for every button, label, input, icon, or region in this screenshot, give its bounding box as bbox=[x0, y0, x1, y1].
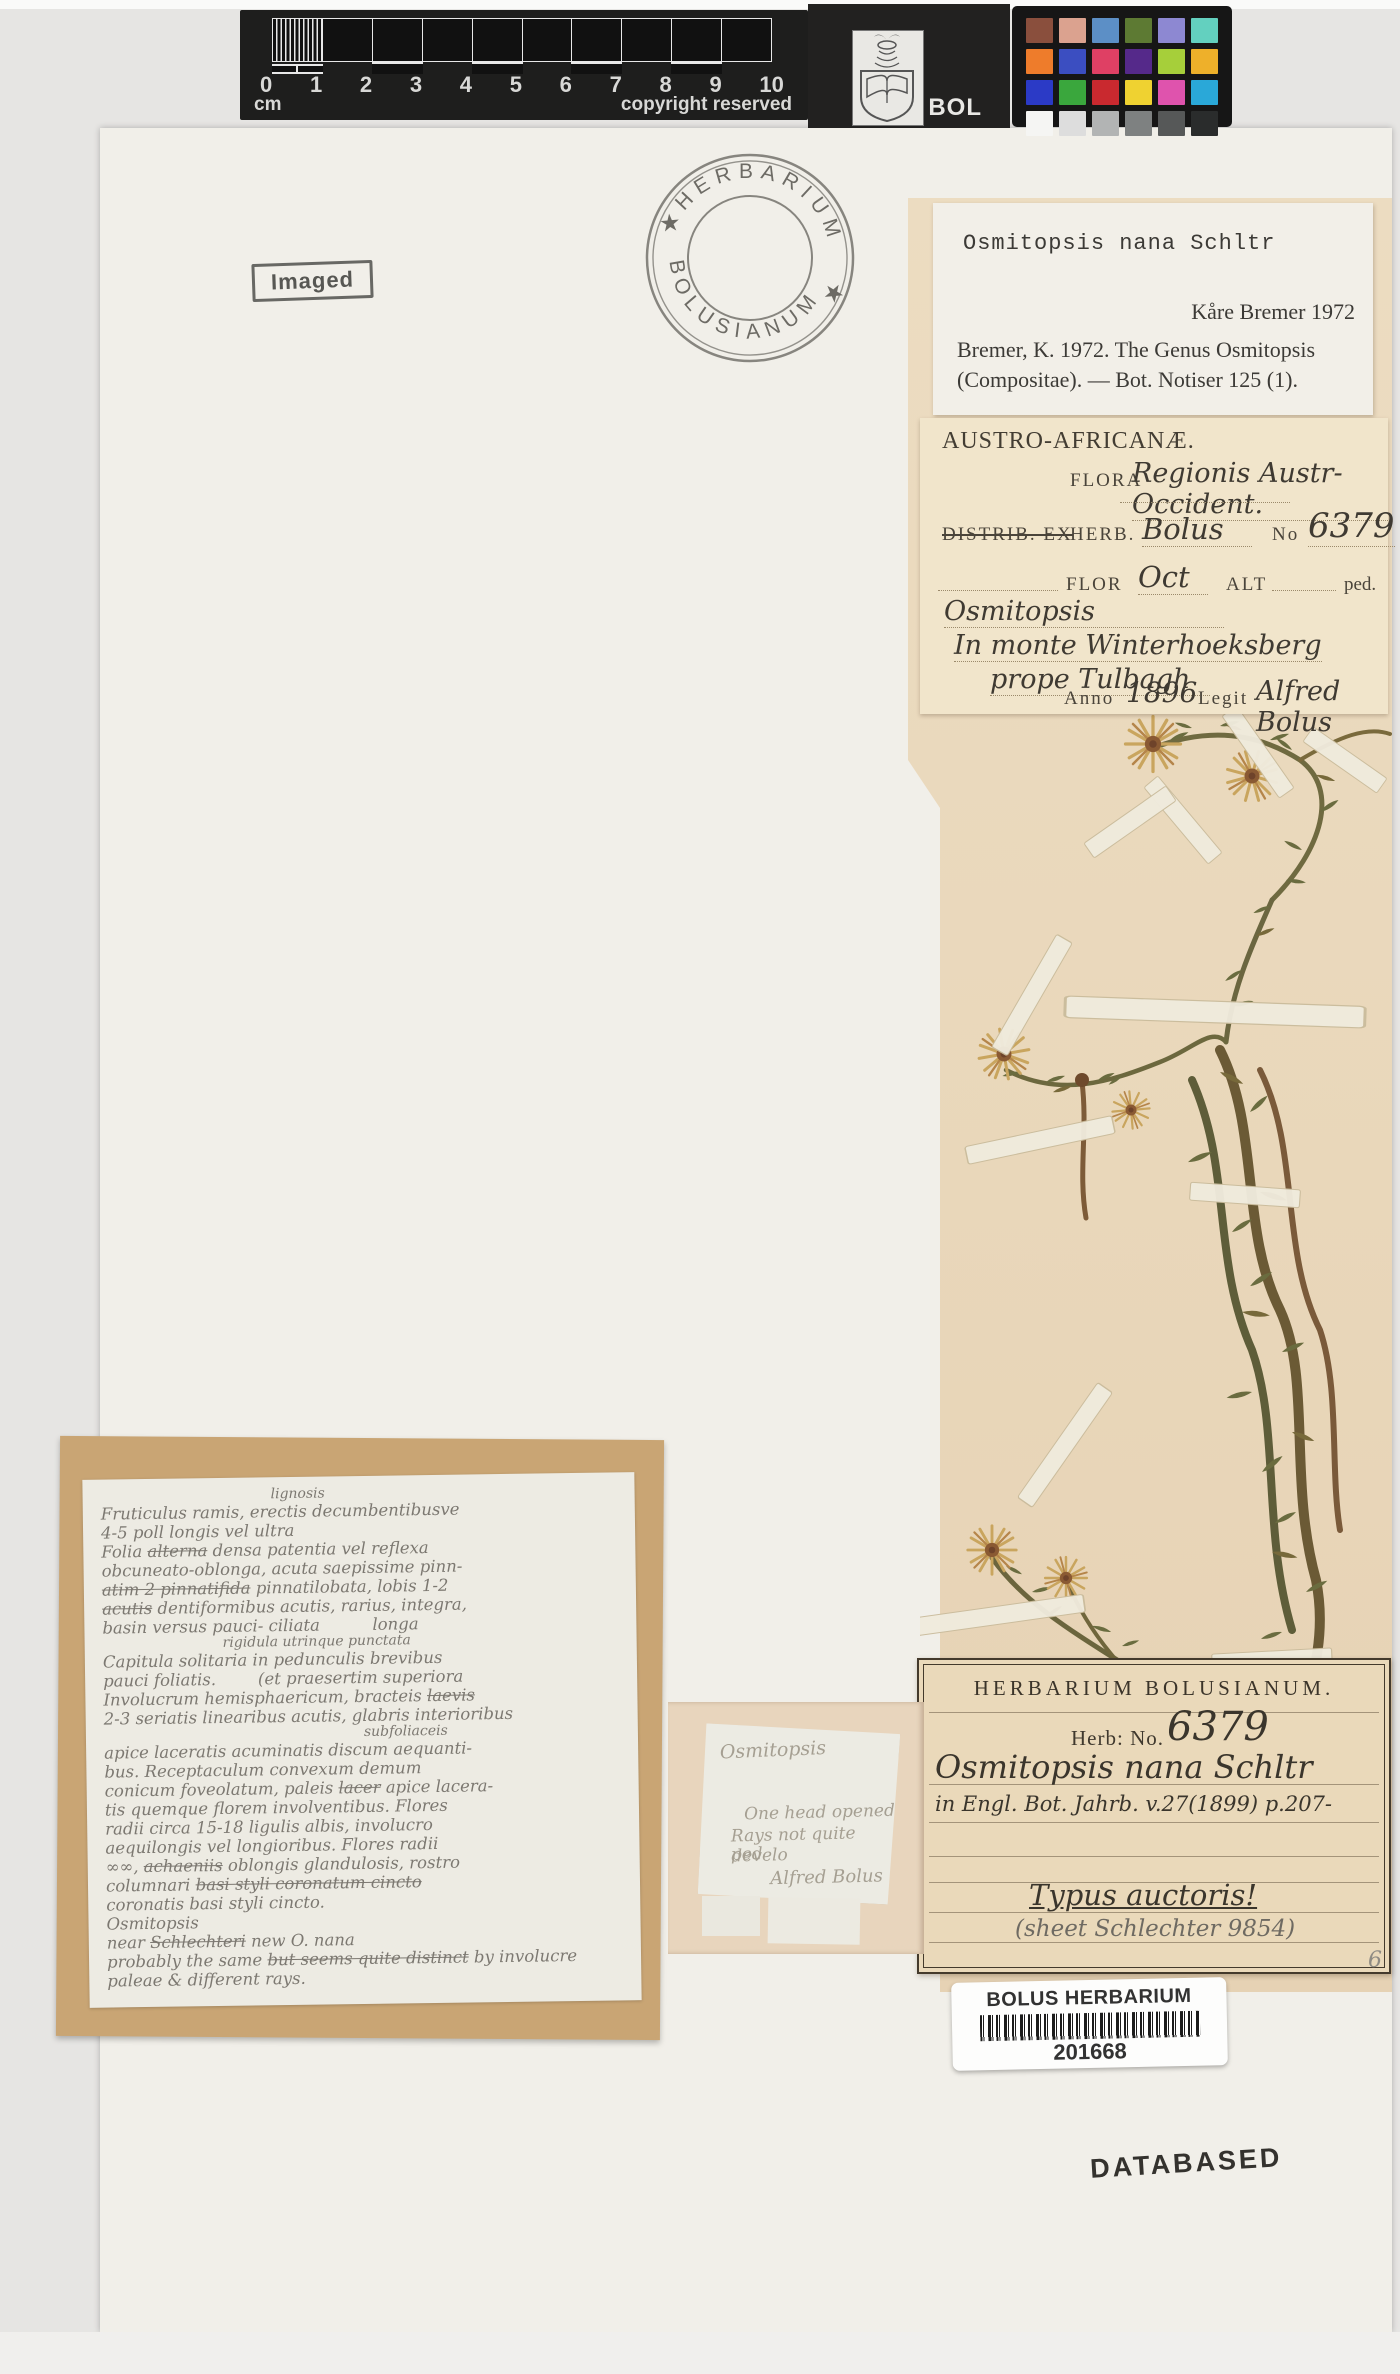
color-swatch bbox=[1158, 49, 1185, 74]
legit-caption: Legit bbox=[1198, 688, 1248, 710]
color-swatch bbox=[1125, 80, 1152, 105]
distrib-caption: DISTRIB. EX bbox=[942, 524, 1073, 546]
scale-number: 6 bbox=[560, 72, 572, 98]
scale-bar-cells bbox=[272, 18, 772, 62]
scale-cm-cell bbox=[422, 18, 472, 62]
determiner: Kåre Bremer 1972 bbox=[1191, 299, 1355, 325]
packet-signature: Alfred Bolus bbox=[770, 1865, 883, 1889]
alt-caption: ALT bbox=[1226, 574, 1267, 596]
scale-number: 1 bbox=[310, 72, 322, 98]
color-swatch bbox=[1026, 111, 1053, 136]
rule bbox=[1272, 590, 1336, 591]
rule bbox=[1120, 502, 1290, 503]
scale-cm-cell bbox=[571, 18, 621, 62]
rule bbox=[929, 1942, 1379, 1943]
rule bbox=[938, 590, 1058, 591]
scale-bar: 012345678910 cm copyright reserved bbox=[240, 10, 808, 120]
scale-cm-cell bbox=[372, 18, 422, 62]
scale-bar-unit: cm bbox=[254, 94, 281, 116]
svg-text:BOLUSIANUM: BOLUSIANUM bbox=[650, 253, 827, 360]
scale-cm-cell bbox=[721, 18, 772, 62]
determination-label: Osmitopsis nana Schltr Kåre Bremer 1972 … bbox=[933, 203, 1373, 415]
rule bbox=[929, 1712, 1379, 1713]
specimen-packet: Osmitopsis One head opened Rays not quit… bbox=[698, 1723, 901, 1904]
imaged-stamp: Imaged bbox=[251, 260, 373, 302]
color-swatch bbox=[1059, 80, 1086, 105]
scale-number: 4 bbox=[460, 72, 472, 98]
color-swatch bbox=[1059, 111, 1086, 136]
reference-line1: Bremer, K. 1972. The Genus Osmitopsis bbox=[957, 337, 1315, 363]
color-swatch bbox=[1125, 18, 1152, 43]
taxon-handwritten: Osmitopsis nana Schltr bbox=[935, 1748, 1312, 1786]
flor-caption: FLOR bbox=[1066, 574, 1123, 596]
ped-caption: ped. bbox=[1344, 574, 1376, 596]
note-text: lignosisFruticulus ramis, erectis decumb… bbox=[100, 1482, 631, 1990]
packet-genus: Osmitopsis bbox=[719, 1737, 826, 1763]
scale-cm-cell bbox=[472, 18, 522, 62]
sheet-annotation: (sheet Schlechter 9854) bbox=[1015, 1916, 1295, 1942]
type-annotation: Typus auctoris! bbox=[1029, 1878, 1257, 1912]
institution-name: BOLUS HERBARIUM bbox=[951, 1984, 1226, 2013]
color-swatch bbox=[1125, 111, 1152, 136]
scale-cm-cell bbox=[272, 18, 322, 62]
color-swatch bbox=[1059, 18, 1086, 43]
color-checker-card bbox=[1012, 6, 1232, 127]
copyright-text: copyright reserved bbox=[621, 94, 792, 116]
scale-cm-cell bbox=[522, 18, 572, 62]
locality-line1: In monte Winterhoeksberg bbox=[954, 630, 1322, 662]
genus-handwritten: Osmitopsis bbox=[944, 596, 1224, 628]
citation-handwritten: in Engl. Bot. Jahrb. v.27(1899) p.207- bbox=[935, 1792, 1332, 1816]
color-swatch bbox=[1191, 49, 1218, 74]
handwritten-note-card: lignosisFruticulus ramis, erectis decumb… bbox=[82, 1472, 641, 2008]
herb-value: Bolus bbox=[1142, 512, 1252, 547]
packet-fold bbox=[702, 1896, 760, 1936]
institution-panel: BOL bbox=[808, 4, 1010, 128]
scale-cm-cell bbox=[621, 18, 671, 62]
rule bbox=[929, 1912, 1379, 1913]
color-swatch bbox=[1158, 80, 1185, 105]
packet-note1: One head opened bbox=[744, 1801, 895, 1825]
color-swatch bbox=[1026, 18, 1053, 43]
color-swatch bbox=[1092, 18, 1119, 43]
taxon-name-typed: Osmitopsis nana Schltr bbox=[963, 231, 1275, 256]
scale-number: 3 bbox=[410, 72, 422, 98]
color-swatch bbox=[1158, 111, 1185, 136]
color-swatch bbox=[1092, 80, 1119, 105]
color-swatch bbox=[1125, 49, 1152, 74]
barcode-label: BOLUS HERBARIUM 201668 bbox=[951, 1977, 1228, 2071]
herb-no-value: 6379 bbox=[1167, 1704, 1269, 1750]
packet-note3: ped bbox=[731, 1844, 763, 1865]
color-swatch bbox=[1158, 18, 1185, 43]
packet-fold bbox=[768, 1897, 861, 1945]
color-swatch bbox=[1092, 49, 1119, 74]
pencil-number: 6 bbox=[1368, 1948, 1382, 1973]
color-swatch bbox=[1191, 18, 1218, 43]
stamp-star-left: ★ bbox=[658, 209, 682, 238]
no-caption: No bbox=[1272, 524, 1299, 546]
color-swatch bbox=[1026, 80, 1053, 105]
color-swatch bbox=[1026, 49, 1053, 74]
collection-number: 6379 bbox=[1308, 506, 1395, 547]
color-swatch bbox=[1059, 49, 1086, 74]
herbarium-label: HERBARIUM BOLUSIANUM. Herb: No. 6379 Osm… bbox=[917, 1658, 1391, 1974]
color-swatch bbox=[1191, 111, 1218, 136]
stamp-bottom-text: BOLUSIANUM bbox=[650, 253, 827, 360]
scale-number: 5 bbox=[510, 72, 522, 98]
uct-crest-icon bbox=[852, 30, 924, 126]
scan-edge-bottom bbox=[0, 2332, 1400, 2374]
anno-value: 1896 bbox=[1126, 676, 1197, 709]
scale-cm-cell bbox=[322, 18, 372, 62]
rule bbox=[929, 1822, 1379, 1823]
flor-value: Oct bbox=[1138, 560, 1208, 595]
label-title: AUSTRO-AFRICANÆ. bbox=[942, 428, 1195, 455]
herbarium-sheet-scan: 012345678910 cm copyright reserved BOL I… bbox=[0, 0, 1400, 2374]
mounting-tapes bbox=[920, 706, 1387, 1672]
color-swatch bbox=[1191, 80, 1218, 105]
herb-caption: HERB. bbox=[1070, 524, 1135, 546]
label-header: HERBARIUM BOLUSIANUM. bbox=[919, 1676, 1389, 1701]
scale-cm-cell bbox=[671, 18, 721, 62]
anno-caption: Anno bbox=[1064, 688, 1114, 710]
collection-label: AUSTRO-AFRICANÆ. FLORA Regionis Austr-Oc… bbox=[920, 418, 1388, 714]
rule bbox=[929, 1856, 1379, 1857]
reference-line2: (Compositae). — Bot. Notiser 125 (1). bbox=[957, 367, 1298, 393]
herbarium-code: BOL bbox=[928, 94, 982, 122]
accession-number: 201668 bbox=[952, 2036, 1227, 2068]
color-swatch bbox=[1092, 111, 1119, 136]
stamp-star-right: ★ bbox=[817, 276, 849, 310]
scale-number: 2 bbox=[360, 72, 372, 98]
collector-name: Alfred Bolus bbox=[1256, 676, 1388, 738]
